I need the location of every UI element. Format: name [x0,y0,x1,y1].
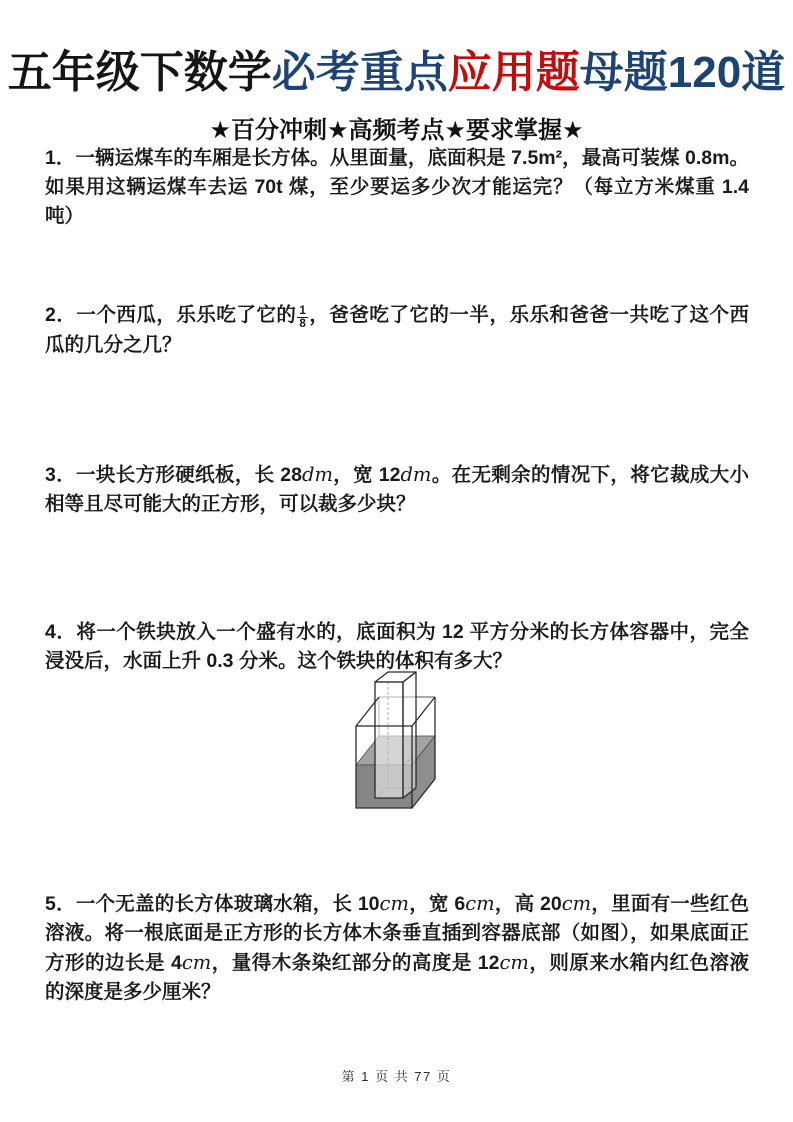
problem-text: 1．一辆运煤车的车厢是长方体。从里面量，底面积是 7.5m²，最高可装煤 0.8… [45,147,749,227]
problem-text: ，宽 6 [409,893,465,915]
prism [375,672,416,798]
problem-5: 5．一个无盖的长方体玻璃水箱，长 10cm，宽 6cm，高 20cm，里面有一些… [45,889,749,1007]
title-segment: 五年级下数学 [8,48,272,97]
fraction: 18 [297,305,308,331]
problem-1: 1．一辆运煤车的车厢是长方体。从里面量，底面积是 7.5m²，最高可装煤 0.8… [45,144,749,231]
problem-text: 5．一个无盖的长方体玻璃水箱，长 10 [45,893,380,915]
unit-text: cm [562,892,591,915]
problem-3: 3．一块长方形硬纸板，长 28dm，宽 12dm。在无剩余的情况下，将它裁成大小… [45,460,749,519]
worksheet-page: 五年级下数学必考重点应用题母题120道 ★百分冲刺★高频考点★要求掌握★ 1．一… [0,0,793,1122]
problem-text: 3．一块长方形硬纸板，长 28 [45,464,302,486]
title-segment: 必考重点 [272,48,448,97]
unit-text: dm [302,463,333,486]
problem-text: 2．一个西瓜，乐乐吃了它的 [45,304,296,326]
unit-text: cm [182,951,211,974]
page-subtitle: ★百分冲刺★高频考点★要求掌握★ [0,110,793,145]
problem-text: ，高 20 [495,893,562,915]
problem-2: 2．一个西瓜，乐乐吃了它的18，爸爸吃了它的一半，乐乐和爸爸一共吃了这个西瓜的几… [45,301,749,360]
page-number: 第 1 页 共 77 页 [0,1066,793,1085]
unit-text: cm [499,951,528,974]
page-title: 五年级下数学必考重点应用题母题120道 [0,36,793,100]
title-segment: 应用题 [448,48,580,97]
problem-text: ，量得木条染红部分的高度是 12 [211,952,499,974]
unit-text: dm [400,463,431,486]
unit-text: cm [380,892,409,915]
unit-text: cm [465,892,494,915]
title-segment: 母题120道 [580,48,785,97]
problem-text: 4．将一个铁块放入一个盛有水的，底面积为 12 平方分米的长方体容器中，完全浸没… [45,621,749,672]
problem-text: ，宽 12 [333,464,401,486]
tank-with-prism-figure [330,666,490,816]
